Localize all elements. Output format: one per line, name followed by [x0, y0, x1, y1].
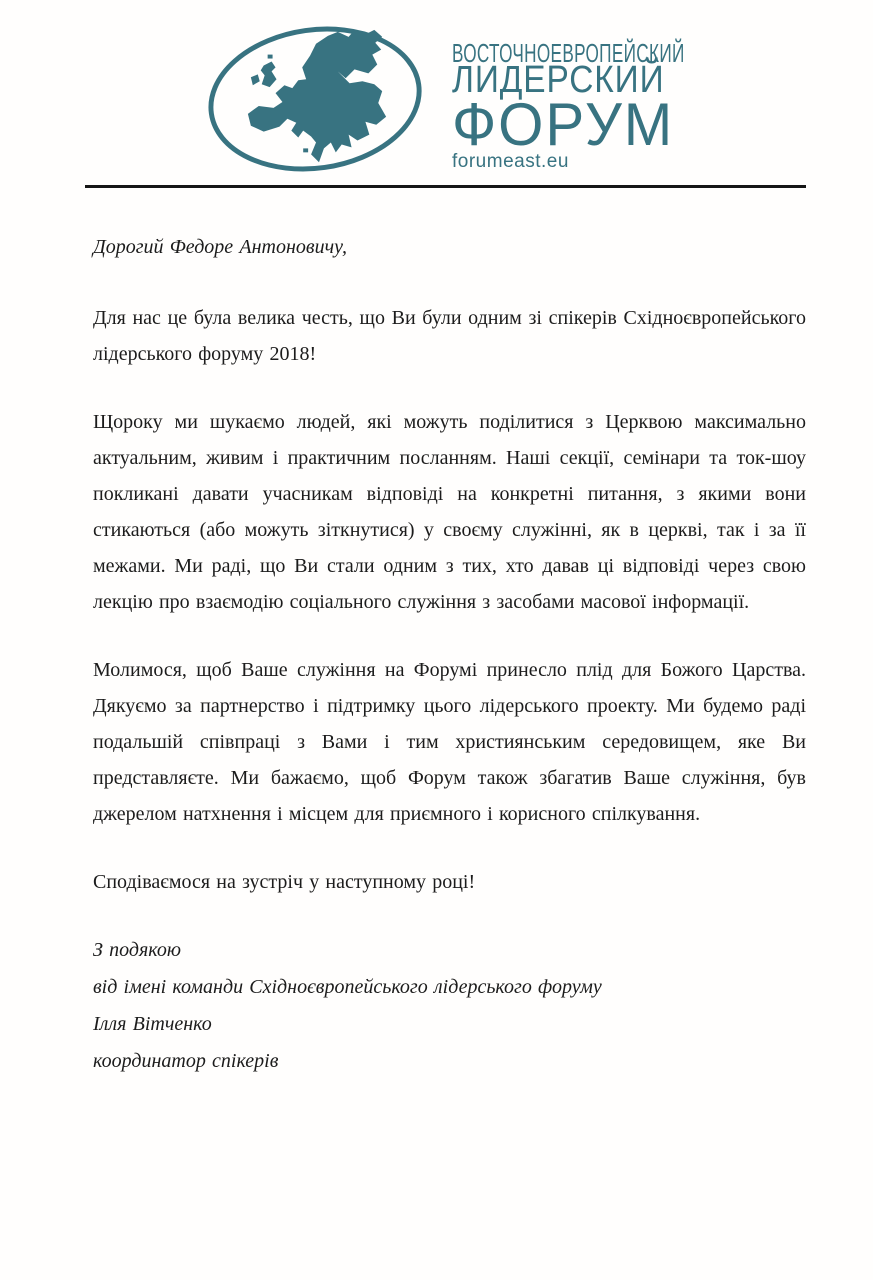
- signature-block: З подякою від імені команди Східноєвропе…: [93, 932, 806, 1080]
- signature-role: координатор спікерів: [93, 1043, 806, 1080]
- paragraph-3: Молимося, щоб Ваше служіння на Форумі пр…: [93, 652, 806, 832]
- signature-closing: З подякою: [93, 932, 806, 969]
- paragraph-4: Сподіваємося на зустріч у наступному роц…: [93, 864, 806, 900]
- org-website: forumeast.eu: [452, 152, 569, 171]
- paragraph-2: Щороку ми шукаємо людей, які можуть поді…: [93, 404, 806, 620]
- header-divider-line: [85, 185, 806, 188]
- paragraph-1: Для нас це була велика честь, що Ви були…: [93, 300, 806, 372]
- letter-body: Дорогий Федоре Антоновичу, Для нас це бу…: [93, 229, 806, 1080]
- salutation: Дорогий Федоре Антоновичу,: [93, 229, 806, 265]
- scanned-letter-page: ВОСТОЧНОЕВРОПЕЙСКИЙ ЛИДЕРСКИЙ ФОРУМ foru…: [0, 0, 873, 1280]
- europe-map-logo-icon: [203, 22, 433, 180]
- signature-name: Ілля Вітченко: [93, 1006, 806, 1043]
- forum-wordmark: ВОСТОЧНОЕВРОПЕЙСКИЙ ЛИДЕРСКИЙ ФОРУМ foru…: [452, 0, 752, 186]
- signature-on-behalf-of: від імені команди Східноєвропейського лі…: [93, 969, 806, 1006]
- letterhead: ВОСТОЧНОЕВРОПЕЙСКИЙ ЛИДЕРСКИЙ ФОРУМ foru…: [0, 0, 873, 186]
- org-name-line3: ФОРУМ: [452, 95, 674, 155]
